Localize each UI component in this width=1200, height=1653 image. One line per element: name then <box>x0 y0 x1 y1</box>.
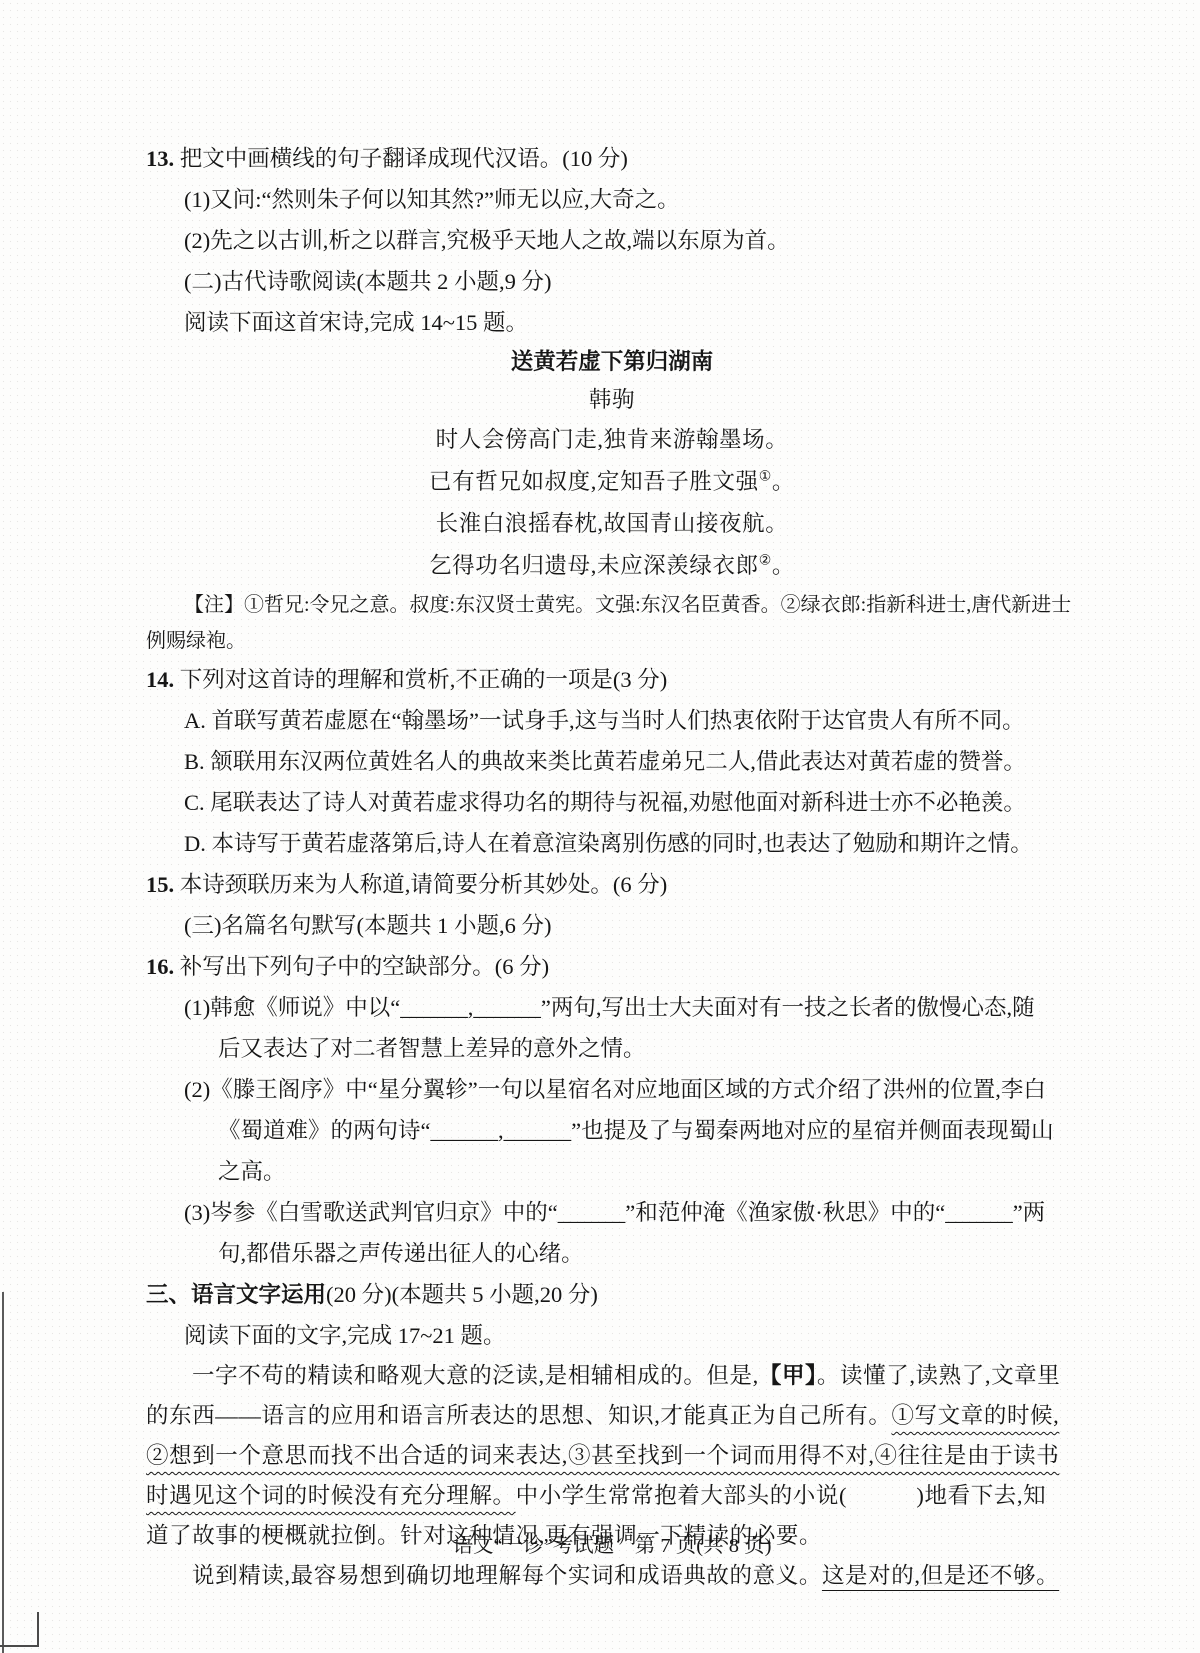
q15-number: 15. <box>146 872 174 897</box>
part3-heading: 三、语言文字运用(20 分)(本题共 5 小题,20 分) <box>146 1274 1078 1315</box>
q14-number: 14. <box>146 667 174 692</box>
passage-p1-line2: 的东西——语言的应用和语言所表达的思想、知识,才能真正为自己所有。①写文章的时候… <box>146 1396 1078 1436</box>
passage-text: 一字不苟的精读和略观大意的泛读,是相辅相成的。但是, <box>192 1363 759 1388</box>
q16-item3-line2: 句,都借乐器之声传递出征人的心绪。 <box>146 1233 1078 1274</box>
scan-corner-mark-horizontal <box>0 1645 39 1647</box>
part3-heading-rest: (20 分)(本题共 5 小题,20 分) <box>326 1282 598 1307</box>
poem-line-end: 。 <box>772 553 795 578</box>
poem-line: 时人会傍高门走,独肯来游翰墨场。 <box>146 419 1078 461</box>
q15-stem: 15. 本诗颈联历来为人称道,请简要分析其妙处。(6 分) <box>146 864 1078 905</box>
poem-line: 长淮白浪摇春枕,故国青山接夜航。 <box>146 503 1078 545</box>
q13-stem-text: 把文中画横线的句子翻译成现代汉语。(10 分) <box>174 146 628 171</box>
poem-note-marker: ② <box>759 554 772 569</box>
poem-line-text: 时人会傍高门走,独肯来游翰墨场。 <box>436 427 789 452</box>
passage-text-underlined: 这是对的,但是还不够。 <box>822 1563 1059 1588</box>
poem-line: 已有哲兄如叔度,定知吾子胜文强①。 <box>146 461 1078 503</box>
q14-option-d: D. 本诗写于黄若虚落第后,诗人在着意渲染离别伤感的同时,也表达了勉励和期许之情… <box>146 823 1078 864</box>
passage-p1-line4: 时遇见这个词的时候没有充分理解。中小学生常常抱着大部头的小说( )地看下去,知 <box>146 1476 1078 1516</box>
poem-line-text: 已有哲兄如叔度,定知吾子胜文强 <box>429 469 759 494</box>
q13-number: 13. <box>146 146 174 171</box>
q13-item1: (1)又问:“然则朱子何以知其然?”师无以应,大奇之。 <box>146 179 1078 220</box>
passage-p1-line3: ②想到一个意思而找不出合适的词来表达,③甚至找到一个词而用得不对,④往往是由于读… <box>146 1436 1078 1476</box>
section2-heading: (二)古代诗歌阅读(本题共 2 小题,9 分) <box>146 261 1078 302</box>
q14-option-a: A. 首联写黄若虚愿在“翰墨场”一试身手,这与当时人们热衷依附于达官贵人有所不同… <box>146 700 1078 741</box>
q16-number: 16. <box>146 954 174 979</box>
q14-stem-text: 下列对这首诗的理解和赏析,不正确的一项是(3 分) <box>174 667 667 692</box>
q16-item2-line2: 《蜀道难》的两句诗“______,______”也提及了与蜀秦两地对应的星宿并侧… <box>146 1110 1078 1151</box>
q16-item1-line1: (1)韩愈《师说》中以“______,______”两句,写出士大夫面对有一技之… <box>146 987 1078 1028</box>
passage-bracket-jia: 【甲】 <box>759 1363 817 1388</box>
poem-line-text: 长淮白浪摇春枕,故国青山接夜航。 <box>436 511 789 536</box>
poem-line-end: 。 <box>772 469 795 494</box>
passage-text-wavy: ②想到一个意思而找不出合适的词来表达,③甚至找到一个词而用得不对,④往往是由于读… <box>146 1443 1059 1468</box>
page-footer: 语文“一诊”考试题 第 7 页(共 8 页) <box>146 1528 1078 1558</box>
poem-author: 韩驹 <box>146 381 1078 419</box>
scan-edge-line <box>2 1292 4 1653</box>
passage-text: 。读懂了,读熟了,文章里 <box>817 1363 1060 1388</box>
passage-text-wavy: 时遇见这个词的时候没有充分理解。 <box>146 1483 516 1508</box>
q15-stem-text: 本诗颈联历来为人称道,请简要分析其妙处。(6 分) <box>174 872 667 897</box>
q14-option-b: B. 颔联用东汉两位黄姓名人的典故来类比黄若虚弟兄二人,借此表达对黄若虚的赞誉。 <box>146 741 1078 782</box>
passage-text: 的东西——语言的应用和语言所表达的思想、知识,才能真正为自己所有。 <box>146 1403 891 1428</box>
poem-line: 乞得功名归遗母,未应深羡绿衣郎②。 <box>146 545 1078 587</box>
passage-p1-line1: 一字不苟的精读和略观大意的泛读,是相辅相成的。但是,【甲】。读懂了,读熟了,文章… <box>146 1356 1078 1396</box>
q16-item2-line3: 之高。 <box>146 1151 1078 1192</box>
part3-heading-title: 三、语言文字运用 <box>146 1282 326 1307</box>
q16-item3-line1: (3)岑参《白雪歌送武判官归京》中的“______”和范仲淹《渔家傲·秋思》中的… <box>146 1192 1078 1233</box>
exam-content: 13. 把文中画横线的句子翻译成现代汉语。(10 分) (1)又问:“然则朱子何… <box>146 138 1078 1596</box>
section3-heading: (三)名篇名句默写(本题共 1 小题,6 分) <box>146 905 1078 946</box>
q16-stem: 16. 补写出下列句子中的空缺部分。(6 分) <box>146 946 1078 987</box>
q16-item1-line2: 后又表达了对二者智慧上差异的意外之情。 <box>146 1028 1078 1069</box>
passage-p2-line1: 说到精读,最容易想到确切地理解每个实词和成语典故的意义。这是对的,但是还不够。 <box>146 1556 1078 1596</box>
q14-option-c: C. 尾联表达了诗人对黄若虚求得功名的期待与祝福,劝慰他面对新科进士亦不必艳羡。 <box>146 782 1078 823</box>
exam-paper-page: 13. 把文中画横线的句子翻译成现代汉语。(10 分) (1)又问:“然则朱子何… <box>0 0 1200 1653</box>
q13-stem: 13. 把文中画横线的句子翻译成现代汉语。(10 分) <box>146 138 1078 179</box>
passage-text: 中小学生常常抱着大部头的小说( )地看下去,知 <box>516 1483 1047 1508</box>
q14-stem: 14. 下列对这首诗的理解和赏析,不正确的一项是(3 分) <box>146 659 1078 700</box>
passage-text: 说到精读,最容易想到确切地理解每个实词和成语典故的意义。 <box>192 1563 822 1588</box>
poem-note-line2: 例赐绿袍。 <box>146 623 1078 659</box>
poem-line-text: 乞得功名归遗母,未应深羡绿衣郎 <box>429 553 759 578</box>
poem-title: 送黄若虚下第归湖南 <box>146 343 1078 381</box>
section2-intro: 阅读下面这首宋诗,完成 14~15 题。 <box>146 302 1078 343</box>
passage-text-wavy: ①写文章的时候, <box>891 1403 1059 1428</box>
q16-stem-text: 补写出下列句子中的空缺部分。(6 分) <box>174 954 549 979</box>
part3-intro: 阅读下面的文字,完成 17~21 题。 <box>146 1315 1078 1356</box>
q16-item2-line1: (2)《滕王阁序》中“星分翼轸”一句以星宿名对应地面区域的方式介绍了洪州的位置,… <box>146 1069 1078 1110</box>
scan-corner-mark-vertical <box>37 1612 39 1646</box>
q13-item2: (2)先之以古训,析之以群言,究极乎天地人之故,端以东原为首。 <box>146 220 1078 261</box>
poem-note-line1: 【注】①哲兄:令兄之意。叔度:东汉贤士黄宪。文强:东汉名臣黄香。②绿衣郎:指新科… <box>146 587 1078 623</box>
poem-note-marker: ① <box>759 470 772 485</box>
